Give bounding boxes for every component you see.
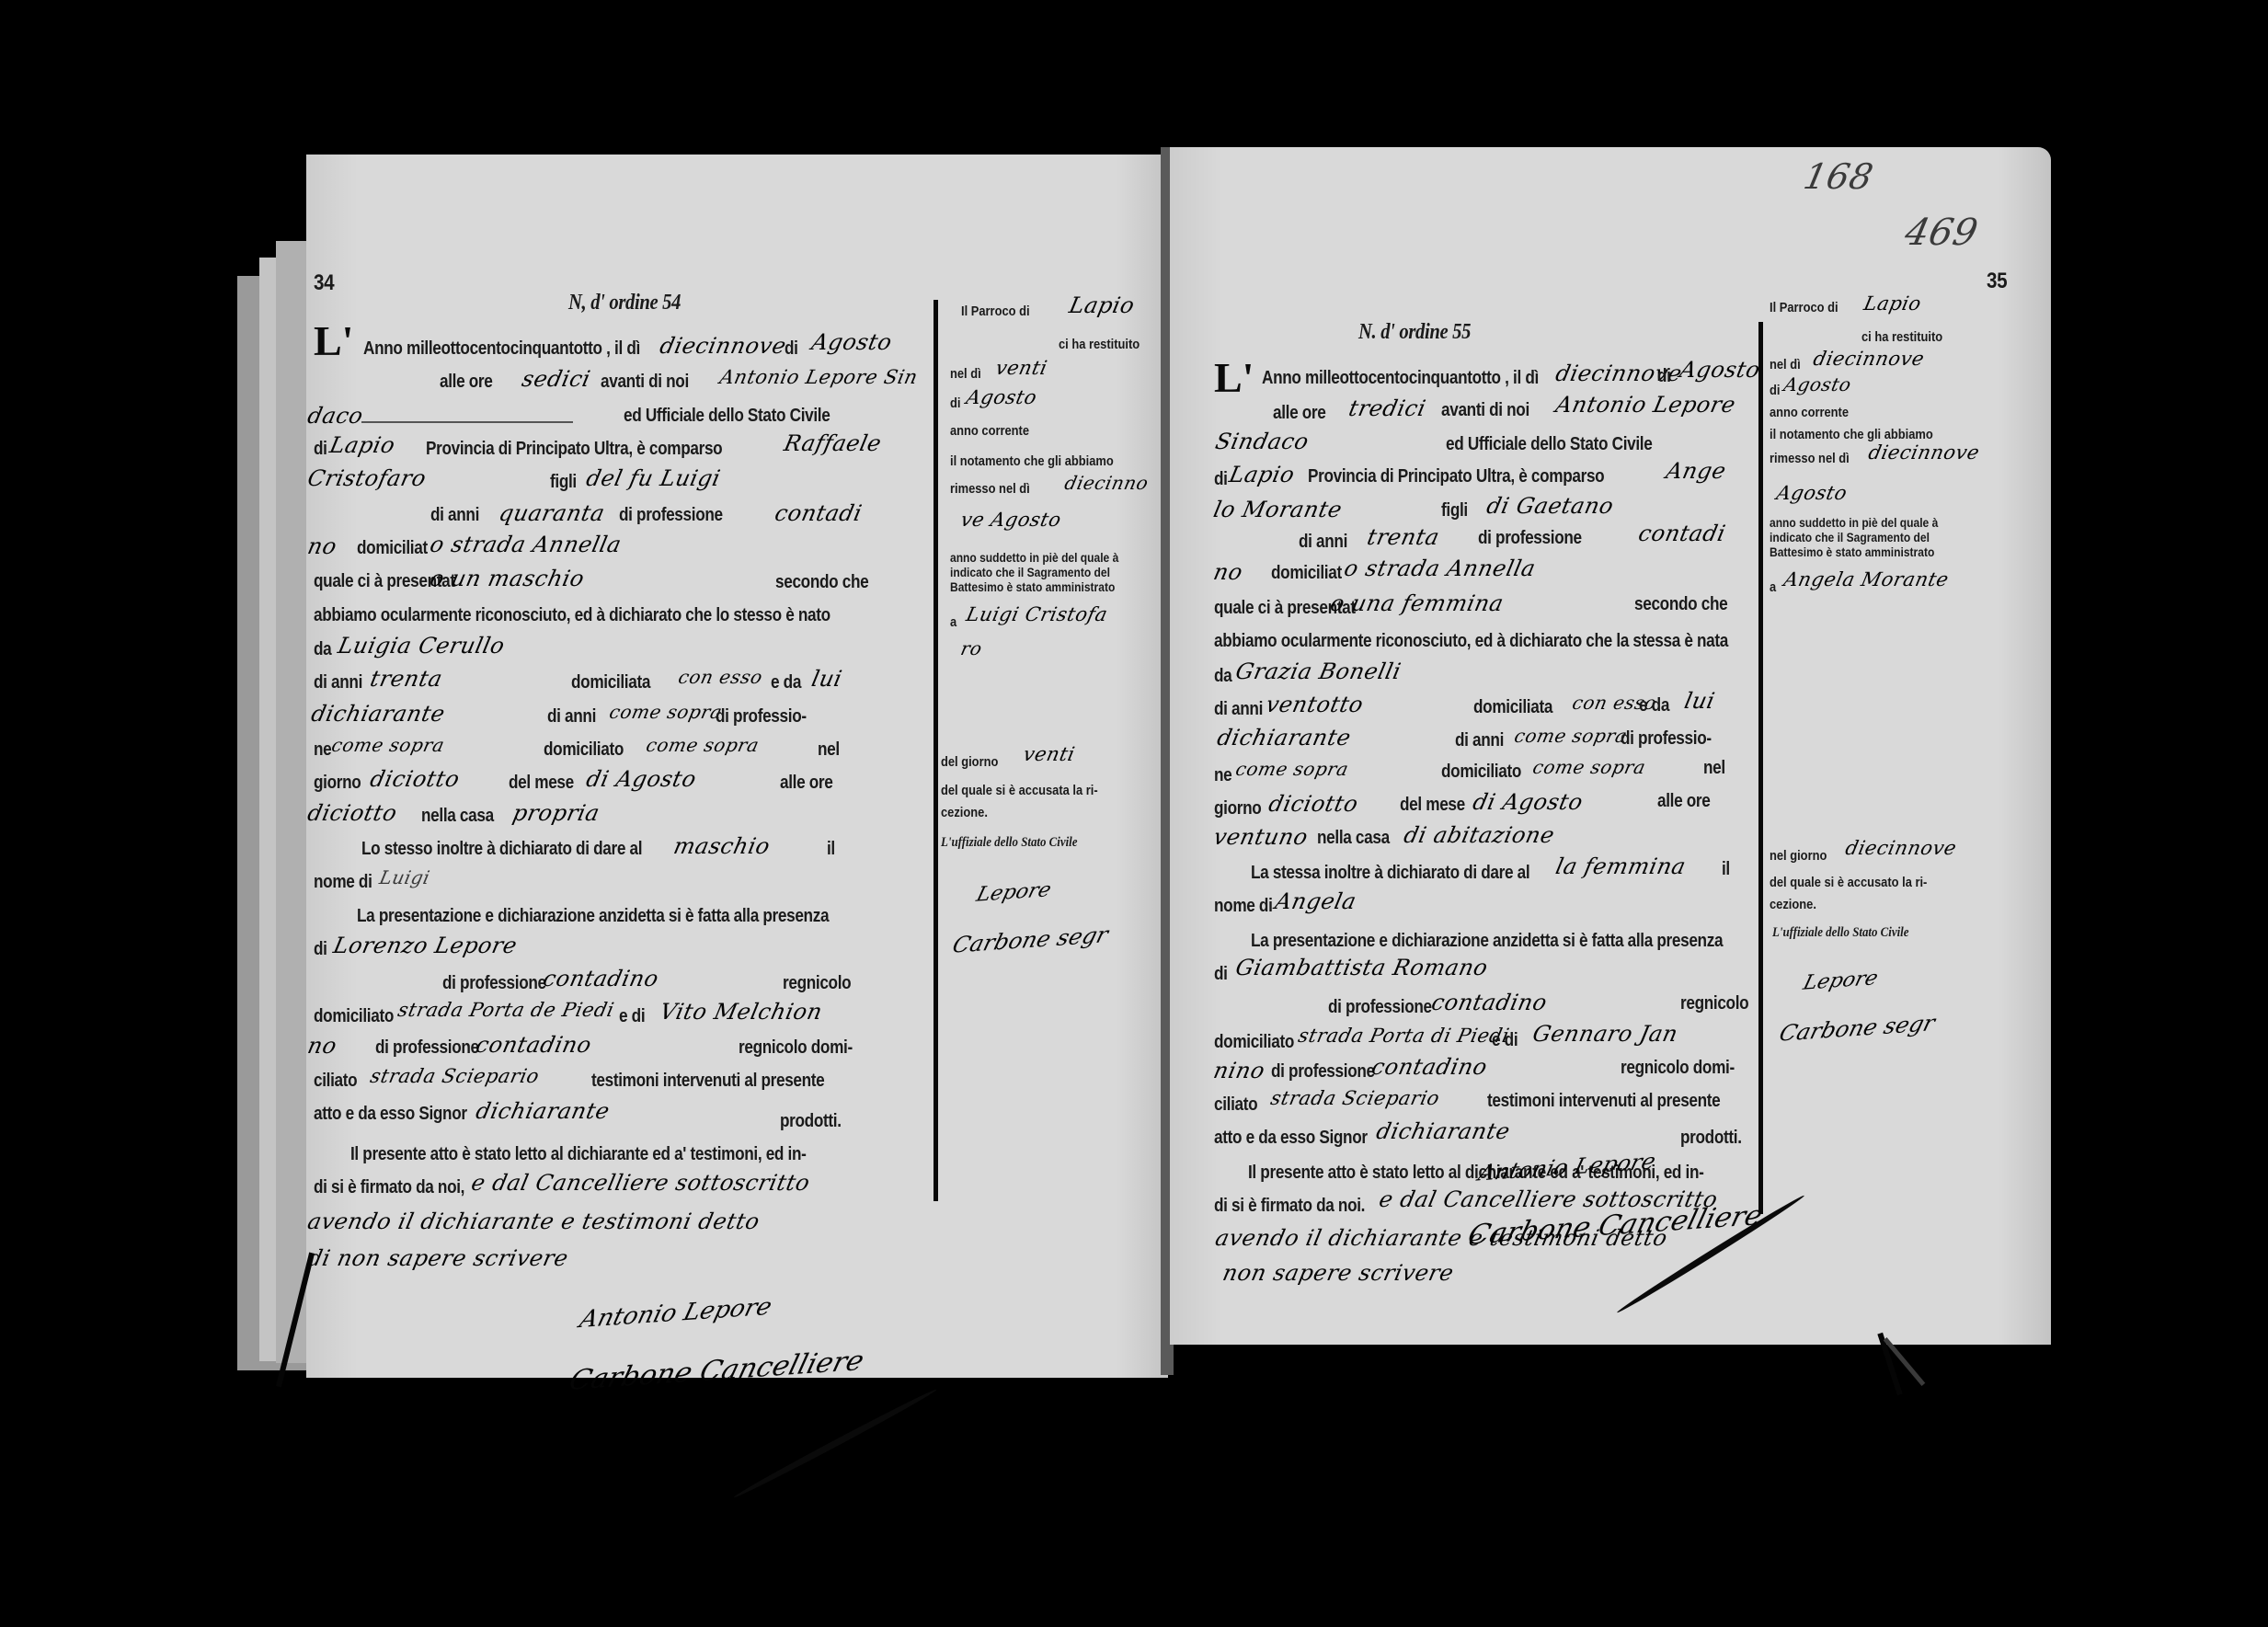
form-text: di anni	[1299, 532, 1347, 553]
handwritten-father: del fu Luigi	[584, 465, 723, 491]
form-text: del mese	[509, 773, 574, 794]
left-page: 34 N, d' ordine 54 L' Anno milleottocent…	[306, 155, 1168, 1378]
handwritten-come-sopra: come sopra	[1512, 725, 1629, 747]
form-text: di si è firmato da noi.	[1214, 1196, 1365, 1217]
form-text: Il presente atto è stato letto al dichia…	[350, 1144, 807, 1165]
form-text: di	[785, 338, 798, 360]
handwritten-returned-day: venti	[993, 357, 1049, 379]
handwritten-child-name: Angela	[1273, 888, 1358, 914]
handwritten-signor: dichiarante	[1374, 1118, 1512, 1144]
form-text: di	[1657, 366, 1671, 387]
form-text: nella casa	[421, 806, 494, 827]
form-text: domiciliat	[357, 538, 428, 559]
form-text: del quale si è accusato la ri-cezione.	[1770, 872, 1943, 916]
form-text: secondo che	[1634, 594, 1727, 615]
handwritten-officer: Antonio Lepore	[1553, 392, 1738, 418]
handwritten-hour: tredici	[1346, 395, 1428, 421]
handwritten-baptized: Luigi Cristofa	[964, 603, 1109, 625]
form-text: prodotti.	[780, 1111, 842, 1132]
column-divider	[1758, 322, 1763, 1214]
form-text: anno corrente	[1770, 405, 1849, 420]
handwritten-closing: avendo il dichiarante e testimoni detto	[305, 1209, 762, 1234]
order-number: N. d' ordine 55	[1358, 320, 1471, 345]
form-text: del mese	[1400, 795, 1465, 816]
form-text: secondo che	[775, 572, 868, 593]
handwritten-birth-month: di Agosto	[1471, 789, 1586, 815]
form-text: di	[1770, 383, 1780, 398]
form-text: regnicolo domi-	[1621, 1058, 1735, 1079]
form-text: e da	[771, 672, 801, 693]
handwritten-baptized-cont: ro	[958, 637, 984, 659]
handwritten-dichiarante: dichiarante	[309, 701, 447, 727]
handwritten-comparso: Raffaele	[782, 430, 884, 456]
form-text: e di	[619, 1006, 645, 1027]
handwritten-month: Agosto	[809, 329, 895, 355]
handwritten-domicile: o strada Annella	[1342, 556, 1538, 581]
handwritten-month: Agosto	[1678, 357, 1763, 383]
handwritten-mother-age: trenta	[368, 666, 445, 692]
form-text: abbiamo ocularmente riconosciuto, ed à d…	[314, 605, 830, 626]
handwritten-sent-day-cont: Agosto	[1774, 482, 1849, 504]
handwritten-birth-day: diciotto	[368, 766, 462, 792]
handwritten-signor: dichiarante	[474, 1098, 612, 1124]
form-text: giorno	[314, 773, 361, 794]
form-text: di professione	[375, 1037, 479, 1059]
form-text: testimoni intervenuti al presente	[1487, 1091, 1720, 1112]
form-text: Il Parroco di	[1770, 300, 1838, 315]
handwritten-officer-cont: daco	[305, 403, 366, 429]
handwritten-witness1: Giambattista Romano	[1233, 955, 1490, 980]
handwritten-mother: Luigia Cerullo	[336, 633, 507, 659]
form-text: figli	[550, 472, 577, 493]
handwritten-town: Lapio	[327, 432, 397, 458]
form-text: nel giorno	[1770, 848, 1827, 864]
form-text: Provincia di Principato Ultra, è compars…	[1308, 466, 1604, 487]
handwritten-ack-day: venti	[1021, 743, 1077, 765]
form-text: La stessa inoltre à dichiarato di dare a…	[1251, 863, 1529, 884]
form-text: La presentazione e dichiarazione anzidet…	[357, 906, 829, 927]
form-text: di	[314, 439, 327, 460]
handwritten-parish-town: Lapio	[1067, 292, 1137, 318]
handwritten-baptized: Angela Morante	[1781, 568, 1951, 590]
form-text: domiciliat	[1271, 563, 1342, 584]
handwritten-returned-day: diecinnove	[1811, 348, 1926, 370]
signature-flourish	[732, 1387, 938, 1501]
handwritten-witness2: Gennaro Jan	[1530, 1021, 1680, 1047]
handwritten-town: Lapio	[1227, 462, 1297, 487]
handwritten-closing: non sapere scrivere	[1220, 1260, 1456, 1286]
form-text: avanti di noi	[601, 372, 689, 393]
handwritten-sent-day: diecinnove	[1866, 441, 1981, 464]
handwritten-child-name: Luigi	[377, 866, 431, 888]
page-number: 35	[1987, 269, 2007, 294]
handwritten-witness1-profession: contadino	[541, 966, 661, 991]
handwritten-profession-cont: no	[305, 533, 339, 559]
handwritten-birth-month: di Agosto	[584, 766, 699, 792]
form-text: nella casa	[1317, 828, 1390, 849]
act-initial: L'	[1214, 353, 1254, 402]
handwritten-officer: Antonio Lepore Sin	[717, 366, 920, 388]
form-text: del quale si è accusata la ri-cezione.	[941, 780, 1115, 824]
margin-signature: Lepore	[1801, 967, 1880, 994]
form-text: ne	[314, 739, 331, 761]
form-text: di anni	[1214, 699, 1263, 720]
form-text: nel	[818, 739, 840, 761]
form-text: di professione	[1328, 997, 1432, 1018]
form-text: domiciliata	[1473, 697, 1552, 718]
form-text: alle ore	[440, 372, 492, 393]
form-text: La presentazione e dichiarazione anzidet…	[1251, 931, 1723, 952]
form-text: regnicolo	[783, 973, 851, 994]
handwritten-come-sopra: come sopra	[607, 701, 724, 723]
handwritten-lui: lui	[809, 666, 844, 692]
form-text: regnicolo domi-	[739, 1037, 853, 1059]
handwritten-witness2-domicile: strada Sciepario	[1268, 1087, 1441, 1109]
form-text: Anno milleottocentocinquantotto , il dì	[363, 338, 640, 360]
handwritten-profession-cont: no	[1211, 559, 1245, 585]
handwritten-witness2-profession: contadino	[474, 1032, 594, 1058]
handwritten-ack-day: diecinnove	[1843, 837, 1958, 859]
handwritten-age: trenta	[1365, 524, 1442, 550]
handwritten-age: quaranta	[497, 500, 607, 526]
form-text: di anni	[547, 706, 596, 728]
form-text: il notamento che gli abbiamo	[950, 453, 1114, 469]
form-text: L'uffiziale dello Stato Civile	[1772, 925, 1908, 941]
handwritten-profession: contadi	[1636, 521, 1728, 546]
form-text: nel dì	[950, 366, 981, 382]
handwritten-witness1-domicile: strada Porta de Piedi	[395, 999, 616, 1021]
signature-chancellor: Carbone Cancelliere	[566, 1345, 867, 1397]
handwritten-closing: di non sapere scrivere	[305, 1245, 570, 1271]
form-text: ciliato	[314, 1071, 357, 1092]
handwritten-sent-day: diecinno	[1062, 472, 1151, 494]
form-text: anno suddetto in piè del quale à indicat…	[950, 550, 1128, 594]
handwritten-officer-cont: Sindaco	[1213, 429, 1312, 454]
form-text: e di	[1492, 1030, 1518, 1051]
form-text: di	[1214, 964, 1228, 985]
form-text: di professione	[442, 973, 546, 994]
handwritten-witness2-cont: nino	[1211, 1058, 1267, 1083]
form-text: nome di	[1214, 896, 1273, 917]
handwritten-profession: contadi	[773, 500, 865, 526]
handwritten-house: propria	[510, 800, 602, 826]
form-text: anno corrente	[950, 423, 1029, 439]
handwritten-father: di Gaetano	[1484, 493, 1616, 519]
handwritten-closing: e dal Cancelliere sottoscritto	[469, 1170, 812, 1196]
form-text: di anni	[314, 672, 362, 693]
form-text: il	[827, 839, 835, 860]
handwritten-witness1: Lorenzo Lepore	[331, 933, 520, 958]
form-text: ne	[1214, 765, 1231, 786]
archive-number: 469	[1901, 212, 1982, 254]
form-text: di anni	[430, 505, 479, 526]
form-text: abbiamo ocularmente riconosciuto, ed à d…	[1214, 631, 1728, 652]
form-text: rimesso nel dì	[1770, 451, 1850, 466]
handwritten-comparso-cont: Cristofaro	[305, 465, 429, 491]
handwritten-come-sopra: come sopra	[644, 734, 761, 756]
handwritten-come-sopra: come sopra	[1530, 756, 1647, 778]
form-text: domiciliato	[1441, 762, 1521, 783]
handwritten-returned-month: Agosto	[964, 386, 1038, 408]
fill-line	[361, 421, 573, 423]
margin-signature: Carbone segr	[950, 922, 1111, 957]
form-text: figli	[1441, 500, 1468, 521]
form-text: ci ha restituito	[1059, 337, 1140, 352]
form-text: di si è firmato da noi,	[314, 1177, 464, 1198]
handwritten-witness2: Vito Melchion	[658, 999, 825, 1025]
handwritten-comparso: Ange	[1664, 458, 1728, 484]
handwritten-presented: o una femmina	[1328, 590, 1506, 616]
handwritten-child-sex: la femmina	[1553, 854, 1689, 879]
form-text: alle ore	[780, 773, 832, 794]
form-text: di professione	[619, 505, 723, 526]
form-text: Anno milleottocentocinquantotto , il dì	[1262, 368, 1539, 389]
form-text: il	[1722, 859, 1730, 880]
handwritten-parish-town: Lapio	[1861, 292, 1923, 315]
archive-number: 168	[1800, 156, 1876, 197]
handwritten-mother: Grazia Bonelli	[1233, 659, 1403, 684]
form-text: del giorno	[941, 754, 998, 770]
form-text: alle ore	[1273, 403, 1325, 424]
form-text: atto e da esso Signor	[314, 1104, 467, 1125]
handwritten-lui: lui	[1682, 688, 1717, 714]
form-text: di	[1214, 469, 1228, 490]
form-text: domiciliato	[544, 739, 624, 761]
form-text: prodotti.	[1680, 1128, 1742, 1149]
handwritten-witness2-profession: contadino	[1369, 1054, 1490, 1080]
form-text: a	[950, 614, 956, 630]
act-initial: L'	[314, 316, 353, 365]
handwritten-witness2-domicile: strada Sciepario	[368, 1065, 541, 1087]
form-text: rimesso nel dì	[950, 481, 1030, 497]
form-text: giorno	[1214, 798, 1261, 819]
form-text: da	[314, 639, 331, 660]
form-text: di professio-	[716, 706, 807, 728]
handwritten-day: diecinnove	[658, 333, 788, 359]
handwritten-dichiarante: dichiarante	[1215, 725, 1353, 750]
form-text: atto e da esso Signor	[1214, 1128, 1368, 1149]
form-text: di anni	[1455, 730, 1504, 751]
handwritten-presented: o un maschio	[428, 566, 587, 591]
form-text: di	[950, 395, 960, 411]
handwritten-domicile: o strada Annella	[428, 532, 624, 557]
form-text: domiciliata	[571, 672, 650, 693]
form-text: a	[1770, 579, 1776, 595]
form-text: domiciliato	[314, 1006, 394, 1027]
form-text: nel	[1703, 758, 1725, 779]
form-text: Provincia di Principato Ultra, è compars…	[426, 439, 722, 460]
handwritten-child-sex: maschio	[671, 833, 773, 859]
form-text: domiciliato	[1214, 1032, 1294, 1053]
handwritten-comparso-cont: lo Morante	[1211, 497, 1345, 522]
form-text: avanti di noi	[1441, 400, 1529, 421]
form-text: di professio-	[1621, 728, 1712, 750]
form-text: Il Parroco di	[961, 304, 1030, 319]
form-text: nome di	[314, 872, 372, 893]
form-text: nel dì	[1770, 357, 1801, 372]
form-text: di professione	[1478, 528, 1582, 549]
form-text: alle ore	[1657, 791, 1710, 812]
form-text: L'uffiziale dello Stato Civile	[941, 835, 1077, 851]
form-text: testimoni intervenuti al presente	[591, 1071, 824, 1092]
handwritten-come-sopra: come sopra	[1233, 758, 1350, 780]
handwritten-mother-age: ventotto	[1264, 692, 1366, 717]
handwritten-witness1-profession: contadino	[1429, 990, 1550, 1015]
form-text: Lo stesso inoltre à dichiarato di dare a…	[361, 839, 642, 860]
form-text: di professione	[1271, 1061, 1375, 1083]
order-number: N, d' ordine 54	[568, 291, 681, 315]
handwritten-sent-day-cont: ve Agosto	[958, 509, 1063, 531]
handwritten-witness2-cont: no	[305, 1033, 339, 1059]
form-text: ciliato	[1214, 1094, 1257, 1116]
handwritten-returned-month: Agosto	[1781, 373, 1853, 395]
form-text: il notamento che gli abbiamo	[1770, 427, 1933, 442]
column-divider	[934, 300, 938, 1201]
form-text: ed Ufficiale dello Stato Civile	[1446, 434, 1652, 455]
handwritten-hour: sedici	[520, 366, 593, 392]
handwritten-birth-hour: ventuno	[1211, 824, 1311, 850]
form-text: e da	[1639, 695, 1669, 716]
form-text: ed Ufficiale dello Stato Civile	[624, 406, 830, 427]
handwritten-come-sopra: come sopra	[329, 734, 446, 756]
handwritten-witness1-domicile: strada Porta di Piedi	[1296, 1025, 1511, 1047]
form-text: di	[314, 939, 327, 960]
margin-signature: Lepore	[974, 878, 1053, 906]
handwritten-house: di abitazione	[1402, 822, 1557, 848]
form-text: da	[1214, 666, 1231, 687]
form-text: anno suddetto in piè del quale à indicat…	[1770, 515, 1948, 559]
signature-mayor: Antonio Lepore	[577, 1293, 774, 1334]
handwritten-birth-day: diciotto	[1266, 791, 1360, 817]
page-number: 34	[314, 270, 334, 296]
handwritten-birth-hour: diciotto	[305, 800, 399, 826]
handwritten-mother-domicile: con esso	[676, 666, 764, 688]
margin-signature: Carbone segr	[1777, 1010, 1938, 1046]
form-text: ci ha restituito	[1861, 329, 1942, 345]
form-text: regnicolo	[1680, 993, 1748, 1014]
